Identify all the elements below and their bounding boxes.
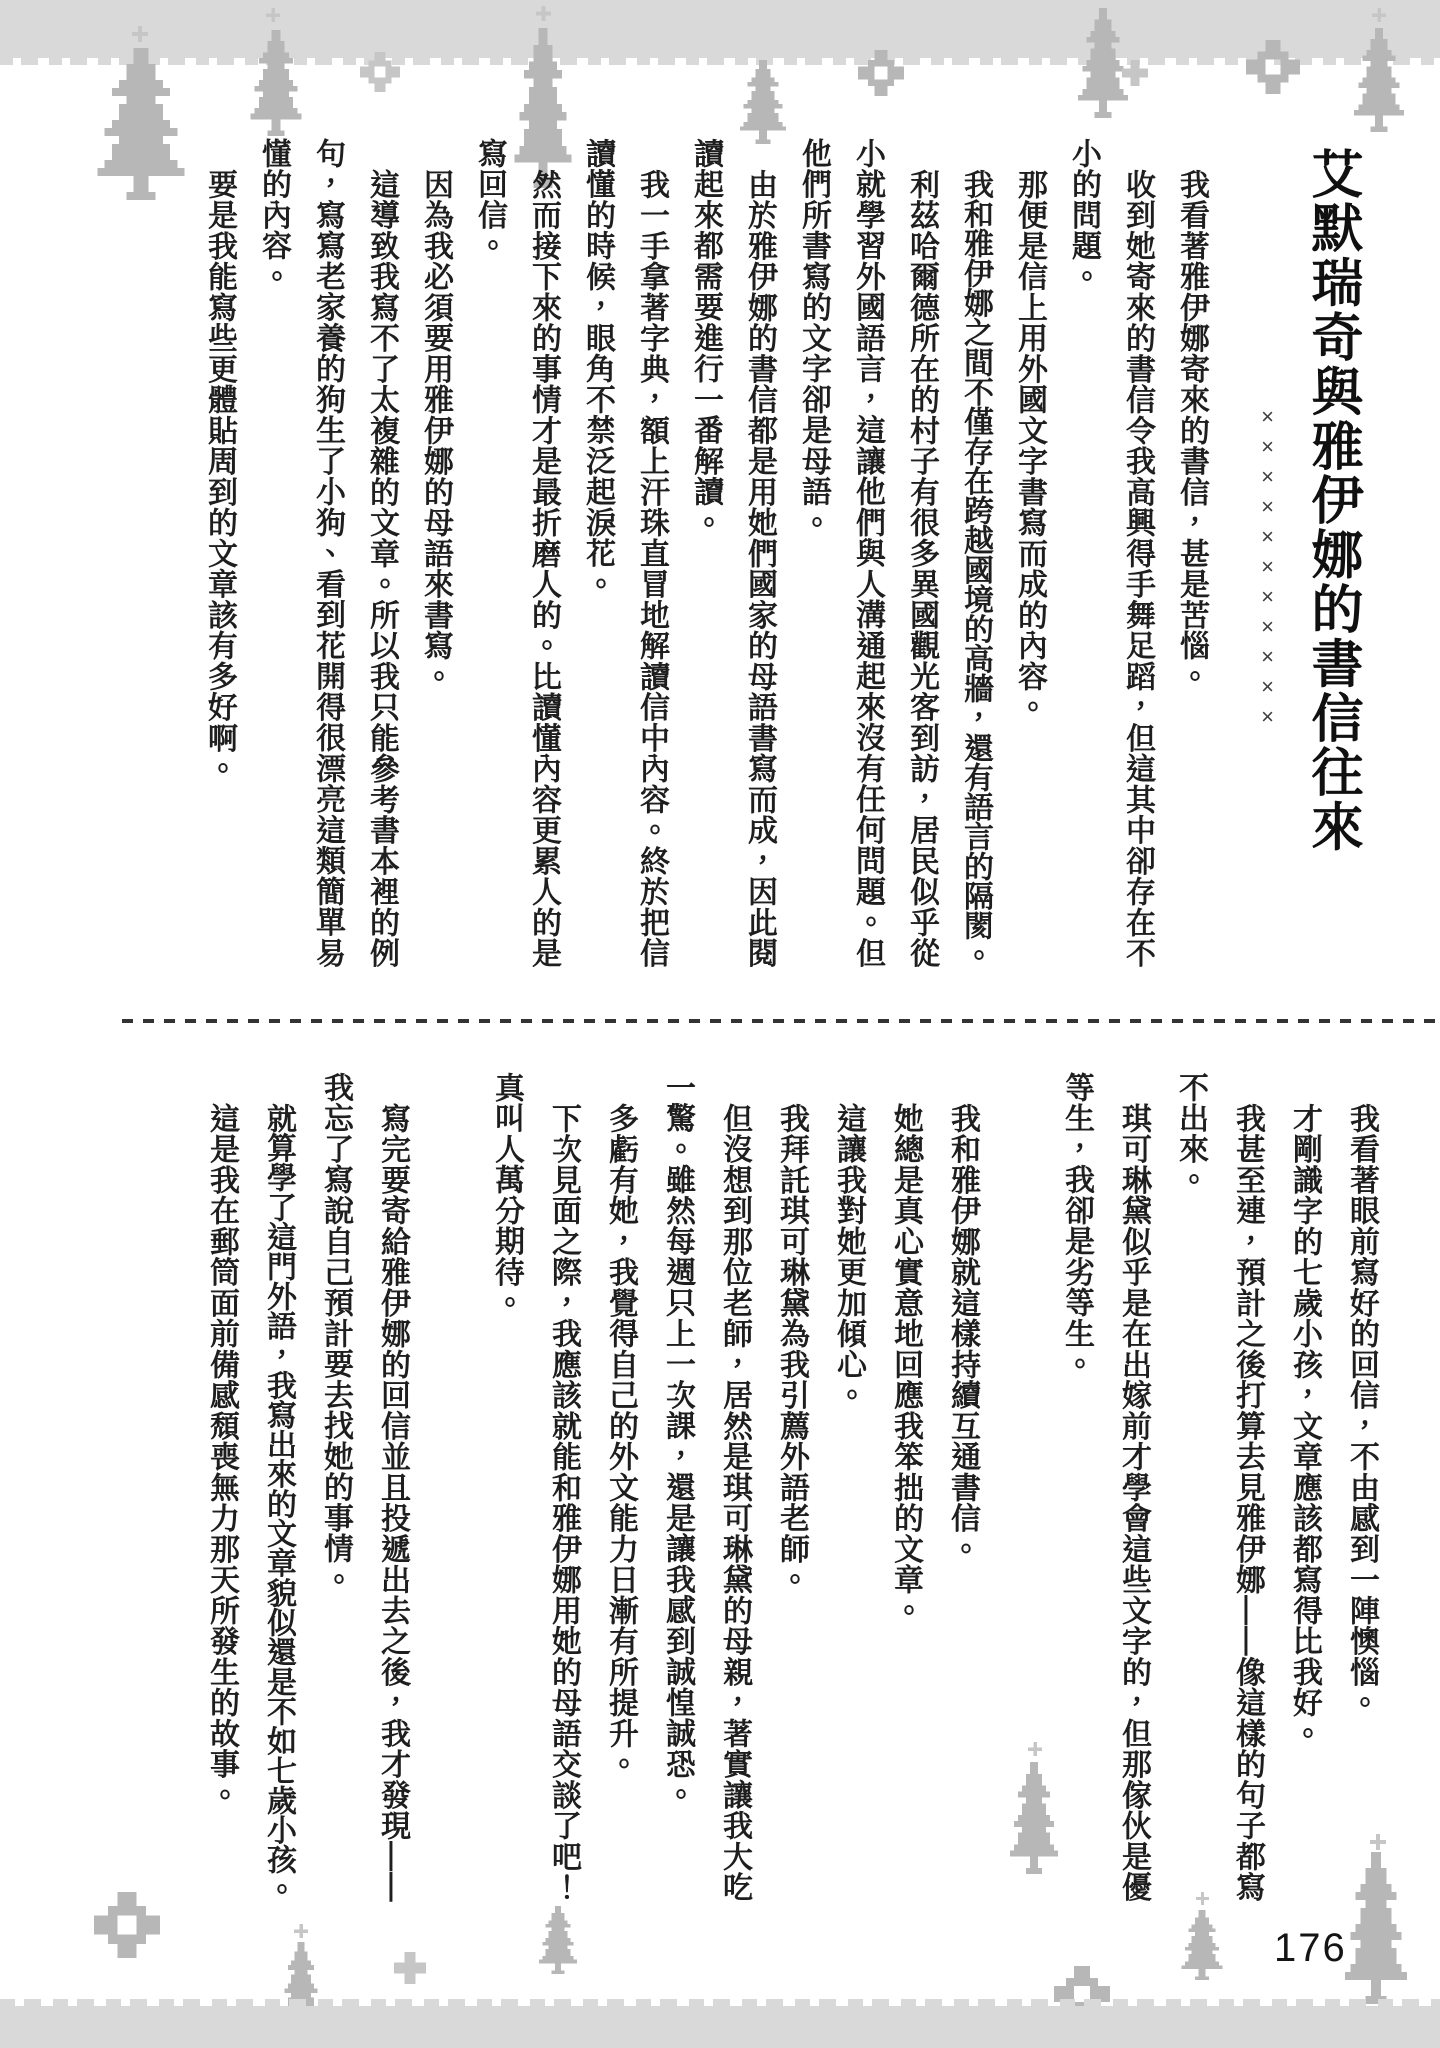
- paragraph: 那便是信上用外國文字書寫而成的內容。: [1002, 138, 1056, 970]
- pixel-tree-icon: [1178, 1910, 1226, 1980]
- paragraph: 琪可琳黛似乎是在出嫁前才學會這些文字的，但那傢伙是優等生，我卻是劣等生。: [1048, 1072, 1162, 1904]
- pixel-tree-icon: [90, 48, 192, 200]
- column-break: [421, 1072, 478, 1904]
- plus-icon: [1122, 60, 1148, 86]
- pixel-tree-icon: [1350, 28, 1408, 132]
- snowflake-icon: [360, 52, 400, 92]
- paragraph: 這導致我寫不了太複雜的文章。所以我只能參考書本裡的例句，寫寫老家養的狗生了小狗、…: [246, 138, 408, 970]
- paragraph: 我拜託琪可琳黛為我引薦外語老師。: [763, 1072, 820, 1904]
- paragraph: 下次見面之際，我應該就能和雅伊娜用她的母語交談了吧！真叫人萬分期待。: [478, 1072, 592, 1904]
- paragraph: 利茲哈爾德所在的村子有很多異國觀光客到訪，居民似乎從小就學習外國語言，這讓他們與…: [786, 138, 948, 970]
- paragraph: 我看著眼前寫好的回信，不由感到一陣懊惱。: [1333, 1072, 1390, 1904]
- pixel-tree-icon: [246, 30, 306, 136]
- sparkle-icon: [294, 1924, 308, 1938]
- pixel-tree-icon: [1340, 1852, 1412, 2004]
- paragraph: 這是我在郵筒面前備感頹喪無力那天所發生的故事。: [193, 1072, 250, 1904]
- scene-divider: [122, 1019, 1440, 1023]
- sparkle-icon: [536, 6, 551, 21]
- sparkle-icon: [1372, 8, 1386, 22]
- paragraph: 我看著雅伊娜寄來的書信，甚是苦惱。: [1164, 138, 1218, 970]
- pixel-tree-icon: [536, 1906, 580, 1974]
- sparkle-icon: [132, 26, 148, 42]
- paragraph: 就算學了這門外語，我寫出來的文章貌似還是不如七歲小孩。: [250, 1072, 307, 1904]
- paragraph: 我甚至連，預計之後打算去見雅伊娜——像這樣的句子都寫不出來。: [1162, 1072, 1276, 1904]
- book-page: 艾默瑞奇與雅伊娜的書信往來 ××××××××××× 我看著雅伊娜寄來的書信，甚是…: [0, 0, 1440, 2048]
- paragraph: 多虧有她，我覺得自己的外文能力日漸有所提升。: [592, 1072, 649, 1904]
- paragraph: 我和雅伊娜就這樣持續互通書信。: [934, 1072, 991, 1904]
- paragraph: 因為我必須要用雅伊娜的母語來書寫。: [408, 138, 462, 970]
- sparkle-icon: [1028, 1742, 1042, 1756]
- paragraph: 由於雅伊娜的書信都是用她們國家的母語書寫而成，因此閱讀起來都需要進行一番解讀。: [678, 138, 786, 970]
- snowflake-icon: [94, 1892, 160, 1958]
- sparkle-icon: [1370, 1834, 1386, 1850]
- paragraph: 我一手拿著字典，額上汗珠直冒地解讀信中內容。終於把信讀懂的時候，眼角不禁泛起淚花…: [570, 138, 678, 970]
- pixel-tree-icon: [1006, 1762, 1062, 1874]
- snow-band-bottom: [0, 2006, 1440, 2048]
- paragraph: 寫完要寄給雅伊娜的回信並且投遞出去之後，我才發現——我忘了寫說自己預計要去找她的…: [307, 1072, 421, 1904]
- page-title: 艾默瑞奇與雅伊娜的書信往來: [1295, 147, 1370, 854]
- paragraph: 要是我能寫些更體貼周到的文章該有多好啊。: [192, 138, 246, 970]
- page-number: 176: [1274, 1926, 1347, 1971]
- story-part-2: 我看著眼前寫好的回信，不由感到一陣懊惱。才剛識字的七歲小孩，文章應該都寫得比我好…: [193, 1072, 1390, 1904]
- title-decoration-marks: ×××××××××××: [1254, 404, 1280, 734]
- snowflake-icon: [858, 50, 904, 96]
- snow-band-top: [0, 0, 1440, 58]
- paragraph: 然而接下來的事情才是最折磨人的。比讀懂內容更累人的是寫回信。: [462, 138, 570, 970]
- pixel-tree-icon: [736, 60, 790, 144]
- paragraph: 我和雅伊娜之間不僅存在跨越國境的高牆，還有語言的隔閡。: [948, 138, 1002, 970]
- snowflake-icon: [1246, 40, 1300, 94]
- paragraph: 但沒想到那位老師，居然是琪可琳黛的母親，著實讓我大吃一驚。雖然每週只上一次課，還…: [649, 1072, 763, 1904]
- paragraph: 才剛識字的七歲小孩，文章應該都寫得比我好。: [1276, 1072, 1333, 1904]
- sparkle-icon: [266, 8, 280, 22]
- paragraph: 收到她寄來的書信令我高興得手舞足蹈，但這其中卻存在不小的問題。: [1056, 138, 1164, 970]
- plus-icon: [394, 1952, 426, 1984]
- paragraph: 這讓我對她更加傾心。: [820, 1072, 877, 1904]
- paragraph: 她總是真心實意地回應我笨拙的文章。: [877, 1072, 934, 1904]
- story-part-1: 我看著雅伊娜寄來的書信，甚是苦惱。收到她寄來的書信令我高興得手舞足蹈，但這其中卻…: [192, 138, 1218, 970]
- sparkle-icon: [1196, 1892, 1209, 1905]
